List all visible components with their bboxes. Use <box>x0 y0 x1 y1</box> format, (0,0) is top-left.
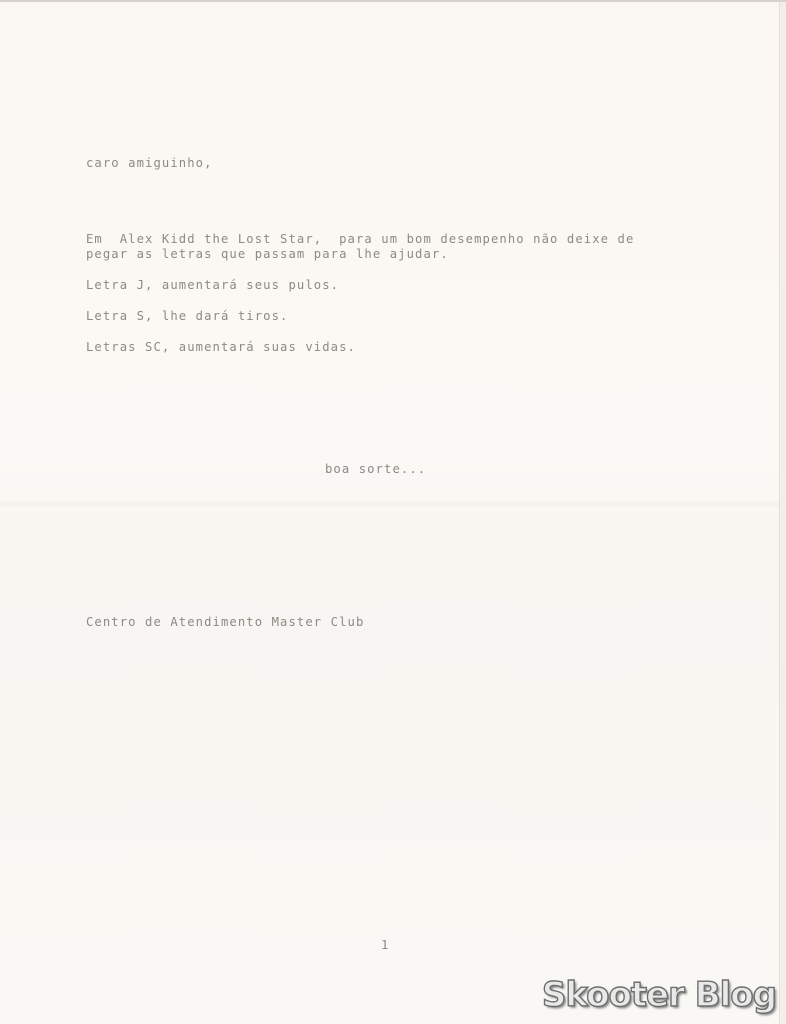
signature: Centro de Atendimento Master Club <box>86 615 364 629</box>
greeting: caro amiguinho, <box>86 156 213 170</box>
tip-letters-sc: Letras SC, aumentará suas vidas. <box>86 340 356 354</box>
page-number: 1 <box>381 938 389 952</box>
paper-edge <box>779 0 786 1024</box>
tip-letter-j: Letra J, aumentará seus pulos. <box>86 278 339 292</box>
letter-page <box>0 0 779 1024</box>
paragraph-line-1: Em Alex Kidd the Lost Star, para um bom … <box>86 232 634 246</box>
closing: boa sorte... <box>325 462 426 476</box>
scan-top-border <box>0 0 786 2</box>
paragraph-line-2: pegar as letras que passam para lhe ajud… <box>86 247 449 261</box>
tip-letter-s: Letra S, lhe dará tiros. <box>86 309 289 323</box>
watermark-logo: Skooter Blog <box>542 975 776 1015</box>
